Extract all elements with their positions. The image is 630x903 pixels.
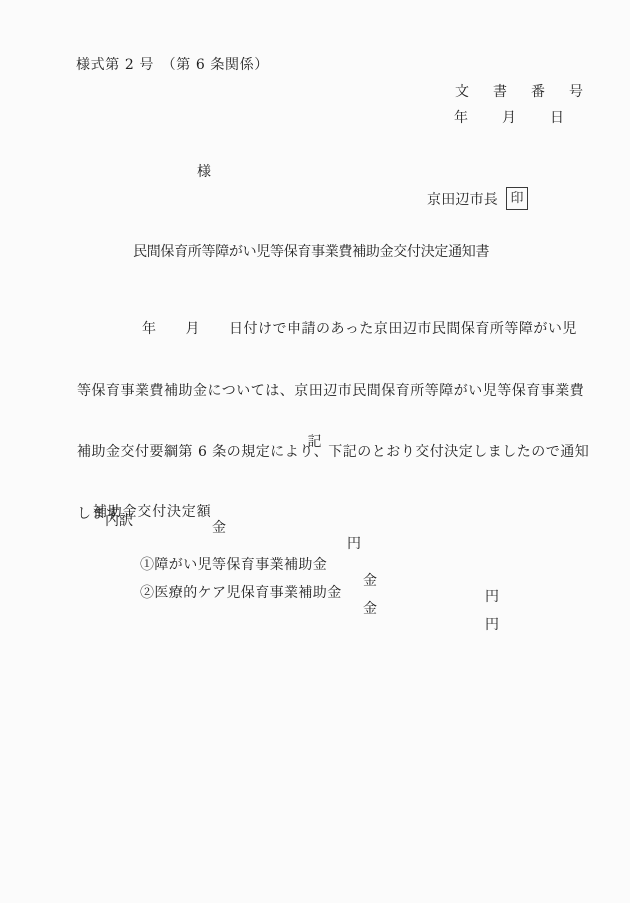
body-line-1: 年 月 日付けで申請のあった京田辺市民間保育所等障がい児 [77,315,582,345]
decision-amount-row: 補助金交付決定額 金 円 [0,485,630,505]
document-number-label: 文 書 番 号 [455,81,588,101]
seal-mark: 印 [506,187,528,210]
breakdown-item-2-currency-unit: 円 [485,614,499,634]
breakdown-item-2-currency-prefix: 金 [363,598,377,618]
addressee-honorific: 様 [197,161,211,181]
sender-title: 京田辺市長 [427,189,498,209]
document-title: 民間保育所等障がい児等保育事業費補助金交付決定通知書 [133,241,489,261]
record-marker: 記 [0,431,630,451]
breakdown-item-2-label: ②医療的ケア児保育事業補助金 [140,582,342,602]
document-page: 様式第 2 号 （第 6 条関係） 文 書 番 号 年 月 日 様 京田辺市長 … [0,0,630,903]
breakdown-item-row: ①障がい児等保育事業補助金 金 円 [0,538,630,558]
breakdown-item-row: ②医療的ケア児保育事業補助金 金 円 [0,566,630,586]
breakdown-item-1-currency-unit: 円 [485,586,499,606]
decision-currency-prefix: 金 [212,517,226,537]
form-number: 様式第 2 号 （第 6 条関係） [76,54,269,74]
breakdown-label: 内訳 [105,510,133,530]
date-blank-line: 年 月 日 [454,107,566,127]
body-line-2: 等保育事業費補助金については、京田辺市民間保育所等障がい児等保育事業費 [77,377,582,407]
